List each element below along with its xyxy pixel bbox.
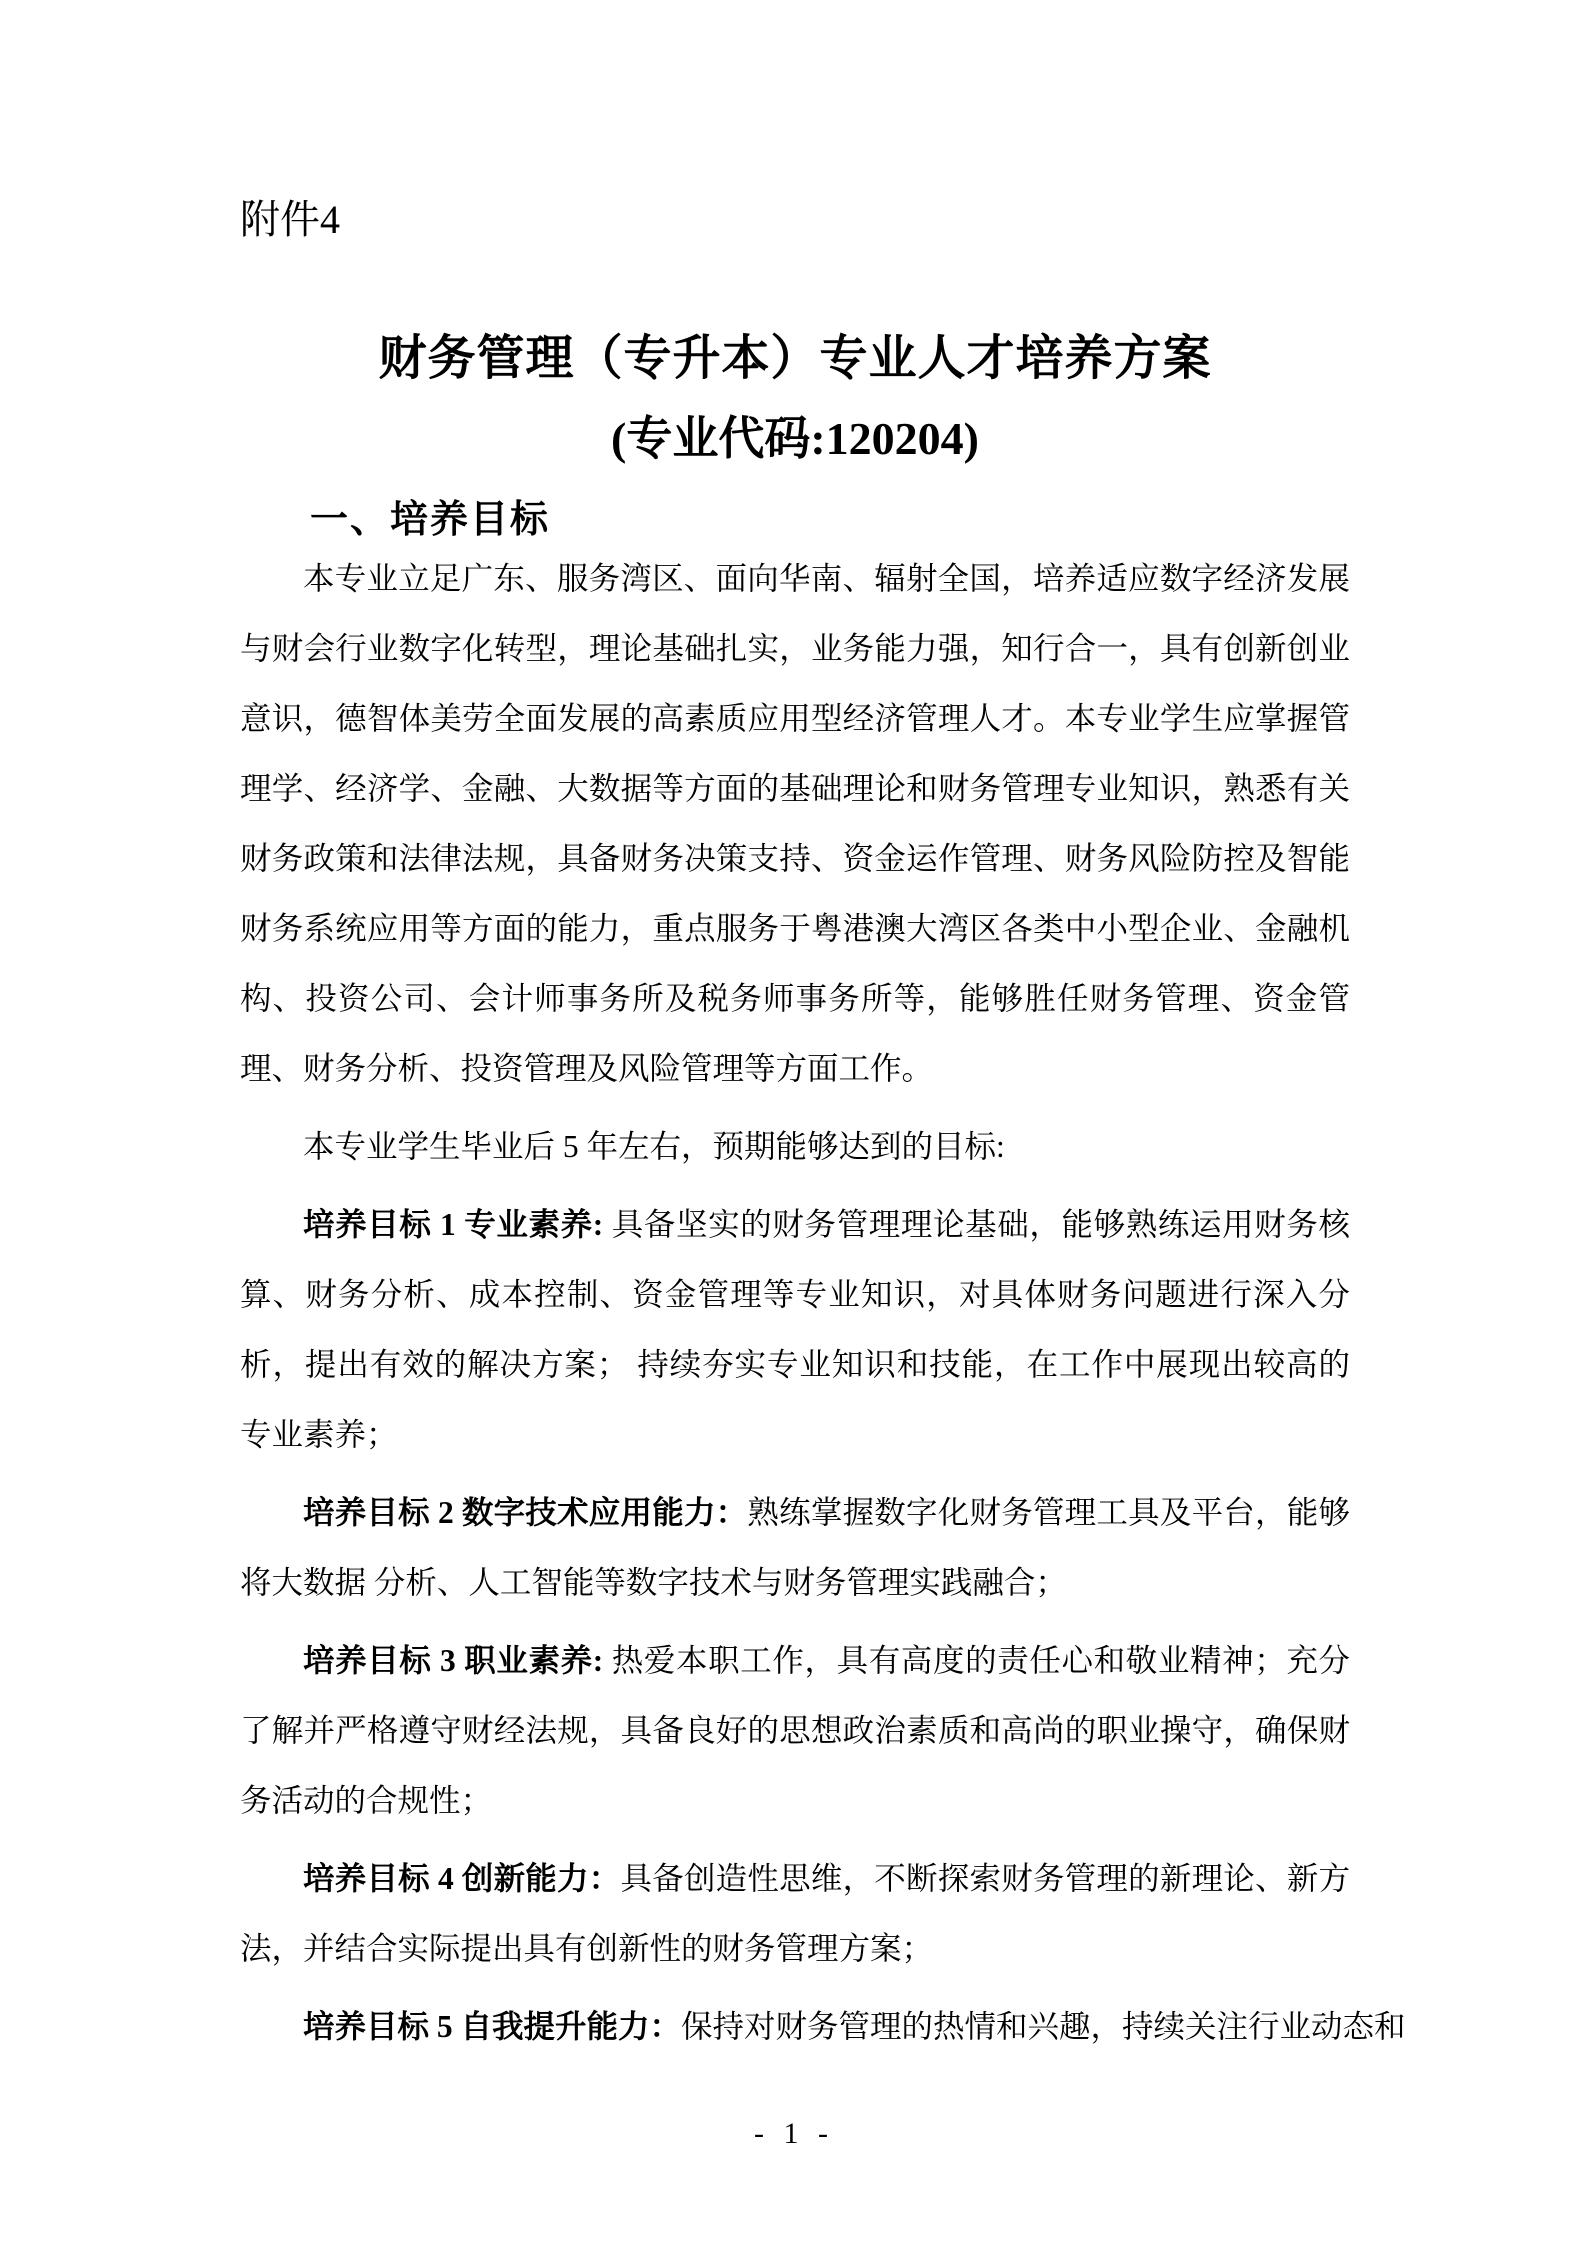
paragraph-text: 本专业立足广东、服务湾区、面向华南、辐射全国，培养适应数字经济发展与财会行业数字… xyxy=(240,561,1350,1086)
paragraph-overview: 本专业立足广东、服务湾区、面向华南、辐射全国，培养适应数字经济发展与财会行业数字… xyxy=(240,544,1350,1104)
paragraph-lead-bold: 培养目标 5 自我提升能力： xyxy=(303,2009,681,2044)
attachment-label: 附件4 xyxy=(240,196,1350,244)
document-subtitle-major-code: (专业代码:120204) xyxy=(240,408,1350,470)
page-number: - 1 - xyxy=(0,2116,1588,2152)
paragraph-expected-goals-intro: 本专业学生毕业后 5 年左右，预期能够达到的目标: xyxy=(240,1112,1350,1182)
paragraph-lead-bold: 培养目标 4 创新能力： xyxy=(303,1861,621,1896)
document-title: 财务管理（专升本）专业人才培养方案 xyxy=(240,328,1350,390)
paragraph-text: 具备坚实的财务管理理论基础，能够熟练运用财务核算、财务分析、成本控制、资金管理等… xyxy=(240,1207,1350,1452)
paragraph-text: 本专业学生毕业后 5 年左右，预期能够达到的目标: xyxy=(303,1129,1005,1164)
paragraph-lead-bold: 培养目标 3 职业素养: xyxy=(303,1643,603,1678)
body-text: 本专业立足广东、服务湾区、面向华南、辐射全国，培养适应数字经济发展与财会行业数字… xyxy=(240,544,1350,2062)
paragraph-lead-bold: 培养目标 2 数字技术应用能力： xyxy=(303,1495,747,1530)
paragraph-goal-1: 培养目标 1 专业素养: 具备坚实的财务管理理论基础，能够熟练运用财务核算、财务… xyxy=(240,1190,1350,1470)
paragraph-text: 保持对财务管理的热情和兴趣，持续关注行业动态和 xyxy=(681,2009,1406,2044)
document-page: 附件4 财务管理（专升本）专业人才培养方案 (专业代码:120204) 一、培养… xyxy=(0,0,1588,2245)
paragraph-goal-3: 培养目标 3 职业素养: 热爱本职工作，具有高度的责任心和敬业精神；充分了解并严… xyxy=(240,1626,1350,1836)
section-heading-training-objectives: 一、培养目标 xyxy=(240,496,1350,544)
paragraph-lead-bold: 培养目标 1 专业素养: xyxy=(303,1207,603,1242)
paragraph-goal-4: 培养目标 4 创新能力：具备创造性思维，不断探索财务管理的新理论、新方法，并结合… xyxy=(240,1844,1350,1984)
document-content: 附件4 财务管理（专升本）专业人才培养方案 (专业代码:120204) 一、培养… xyxy=(240,0,1350,2070)
paragraph-goal-5: 培养目标 5 自我提升能力：保持对财务管理的热情和兴趣，持续关注行业动态和 xyxy=(240,1992,1350,2062)
paragraph-goal-2: 培养目标 2 数字技术应用能力：熟练掌握数字化财务管理工具及平台，能够将大数据 … xyxy=(240,1478,1350,1618)
